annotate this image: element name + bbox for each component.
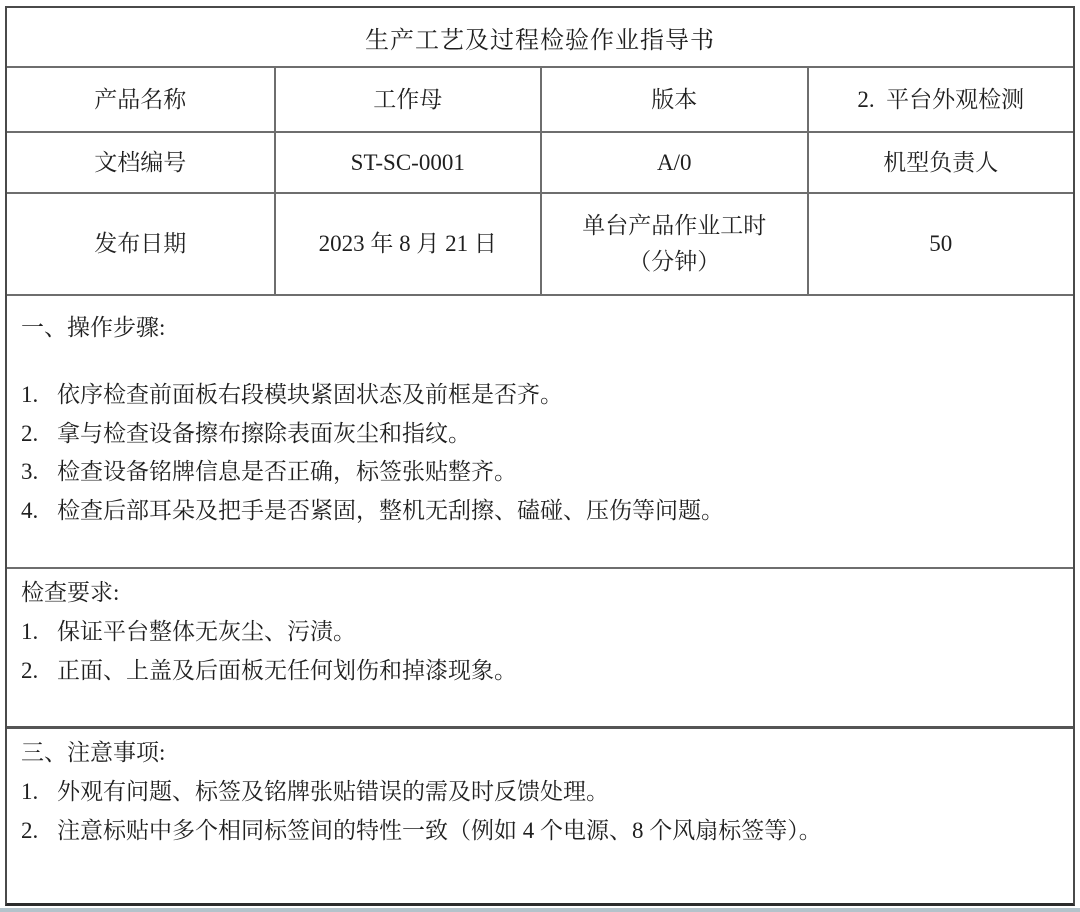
inspection-requirements-heading: 检查要求: [21, 577, 1057, 609]
document-title: 生产工艺及过程检验作业指导书 [7, 8, 1073, 66]
item-number: 3. [21, 453, 57, 492]
item-text: 保证平台整体无灰尘、污渍。 [57, 613, 1057, 652]
work-hours-label-line1: 单台产品作业工时 [582, 208, 766, 244]
item-number: 4. [21, 492, 57, 531]
inspection-requirement-2: 2. 正面、上盖及后面板无任何划伤和掉漆现象。 [21, 652, 1057, 691]
doc-number-value: ST-SC-0001 [274, 133, 541, 192]
inspection-requirement-1: 1. 保证平台整体无灰尘、污渍。 [21, 613, 1057, 652]
operation-step-3: 3. 检查设备铭牌信息是否正确，标签张贴整齐。 [21, 453, 1057, 492]
operation-step-1: 1. 依序检查前面板右段模块紧固状态及前框是否齐。 [21, 376, 1057, 415]
release-date-value: 2023 年 8 月 21 日 [274, 194, 541, 294]
work-hours-value: 50 [807, 194, 1074, 294]
work-hours-label: 单台产品作业工时 （分钟） [540, 194, 807, 294]
process-step-title: 2. 平台外观检测 [807, 68, 1074, 131]
item-text: 外观有问题、标签及铭牌张贴错误的需及时反馈处理。 [57, 773, 1057, 812]
operation-step-4: 4. 检查后部耳朵及把手是否紧固，整机无刮擦、磕碰、压伤等问题。 [21, 492, 1057, 531]
item-number: 1. [21, 773, 57, 812]
note-1: 1. 外观有问题、标签及铭牌张贴错误的需及时反馈处理。 [21, 773, 1057, 812]
operation-step-2: 2. 拿与检查设备擦布擦除表面灰尘和指纹。 [21, 415, 1057, 454]
product-name-value: 工作母 [274, 68, 541, 131]
document-page: 生产工艺及过程检验作业指导书 产品名称 工作母 版本 2. 平台外观检测 文档编… [0, 0, 1080, 912]
version-label: 版本 [540, 68, 807, 131]
section-notes: 三、注意事项: 1. 外观有问题、标签及铭牌张贴错误的需及时反馈处理。 2. 注… [7, 726, 1073, 903]
item-text: 正面、上盖及后面板无任何划伤和掉漆现象。 [57, 652, 1057, 691]
section-inspection-requirements: 检查要求: 1. 保证平台整体无灰尘、污渍。 2. 正面、上盖及后面板无任何划伤… [7, 567, 1073, 726]
item-text: 拿与检查设备擦布擦除表面灰尘和指纹。 [57, 415, 1057, 454]
item-text: 注意标贴中多个相同标签间的特性一致（例如 4 个电源、8 个风扇标签等）。 [57, 812, 1057, 851]
section-operation-steps: 一、操作步骤: 1. 依序检查前面板右段模块紧固状态及前框是否齐。 2. 拿与检… [7, 294, 1073, 567]
item-text: 检查后部耳朵及把手是否紧固，整机无刮擦、磕碰、压伤等问题。 [57, 492, 1057, 531]
item-text: 依序检查前面板右段模块紧固状态及前框是否齐。 [57, 376, 1057, 415]
item-text: 检查设备铭牌信息是否正确，标签张贴整齐。 [57, 453, 1057, 492]
operation-steps-heading: 一、操作步骤: [21, 312, 1057, 344]
note-2: 2. 注意标贴中多个相同标签间的特性一致（例如 4 个电源、8 个风扇标签等）。 [21, 812, 1057, 851]
version-value: A/0 [540, 133, 807, 192]
item-number: 1. [21, 376, 57, 415]
release-date-label: 发布日期 [7, 194, 274, 294]
item-number: 2. [21, 652, 57, 691]
item-number: 2. [21, 415, 57, 454]
item-number: 1. [21, 613, 57, 652]
info-row-1: 产品名称 工作母 版本 2. 平台外观检测 [7, 66, 1073, 131]
item-number: 2. [21, 812, 57, 851]
doc-number-label: 文档编号 [7, 133, 274, 192]
work-instruction-table: 生产工艺及过程检验作业指导书 产品名称 工作母 版本 2. 平台外观检测 文档编… [5, 6, 1075, 906]
info-row-3: 发布日期 2023 年 8 月 21 日 单台产品作业工时 （分钟） 50 [7, 192, 1073, 294]
product-name-label: 产品名称 [7, 68, 274, 131]
model-owner-label: 机型负责人 [807, 133, 1074, 192]
page-bottom-edge [0, 908, 1080, 912]
info-row-2: 文档编号 ST-SC-0001 A/0 机型负责人 [7, 131, 1073, 192]
work-hours-label-line2: （分钟） [628, 244, 720, 280]
notes-heading: 三、注意事项: [21, 737, 1057, 769]
